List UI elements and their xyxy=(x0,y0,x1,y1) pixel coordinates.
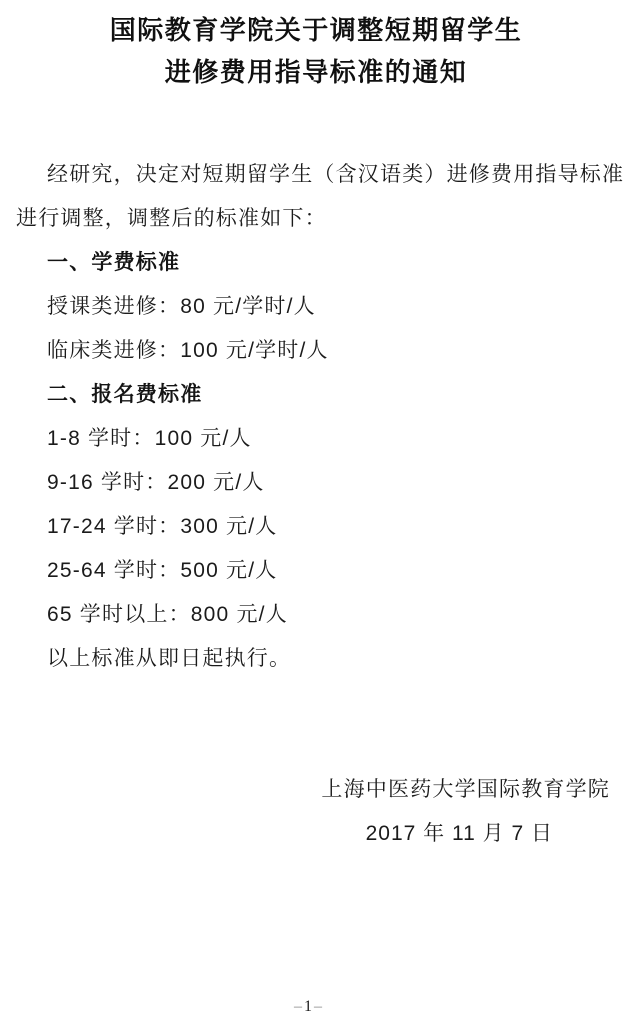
registration-fee-item-5: 65 学时以上：800 元/人 xyxy=(16,593,616,637)
page-number: 1 xyxy=(302,998,314,1015)
tuition-item-clinical: 临床类进修：100 元/学时/人 xyxy=(16,329,616,373)
footer-dash-left: – xyxy=(294,998,302,1015)
document-body: 经研究，决定对短期留学生（含汉语类）进修费用指导标准 进行调整，调整后的标准如下… xyxy=(16,153,616,681)
intro-line-2: 进行调整，调整后的标准如下： xyxy=(16,197,616,241)
signature-block: 上海中医药大学国际教育学院 2017 年 11 月 7 日 xyxy=(0,768,632,856)
registration-fee-item-1: 1-8 学时：100 元/人 xyxy=(16,417,616,461)
intro-line-1: 经研究，决定对短期留学生（含汉语类）进修费用指导标准 xyxy=(16,153,616,197)
page-footer: –1– xyxy=(0,995,616,1019)
closing-line: 以上标准从即日起执行。 xyxy=(16,637,616,681)
title-line-1: 国际教育学院关于调整短期留学生 xyxy=(0,10,632,52)
document-title: 国际教育学院关于调整短期留学生 进修费用指导标准的通知 xyxy=(0,10,632,94)
title-line-2: 进修费用指导标准的通知 xyxy=(0,52,632,94)
section-1-heading: 一、学费标准 xyxy=(16,241,616,285)
tuition-item-lecture: 授课类进修：80 元/学时/人 xyxy=(16,285,616,329)
section-2-heading: 二、报名费标准 xyxy=(16,373,616,417)
footer-dash-right: – xyxy=(314,998,322,1015)
signature-date: 2017 年 11 月 7 日 xyxy=(0,812,632,856)
registration-fee-item-4: 25-64 学时：500 元/人 xyxy=(16,549,616,593)
registration-fee-item-3: 17-24 学时：300 元/人 xyxy=(16,505,616,549)
signature-organization: 上海中医药大学国际教育学院 xyxy=(0,768,632,812)
registration-fee-item-2: 9-16 学时：200 元/人 xyxy=(16,461,616,505)
document-page: 国际教育学院关于调整短期留学生 进修费用指导标准的通知 经研究，决定对短期留学生… xyxy=(0,0,632,1024)
